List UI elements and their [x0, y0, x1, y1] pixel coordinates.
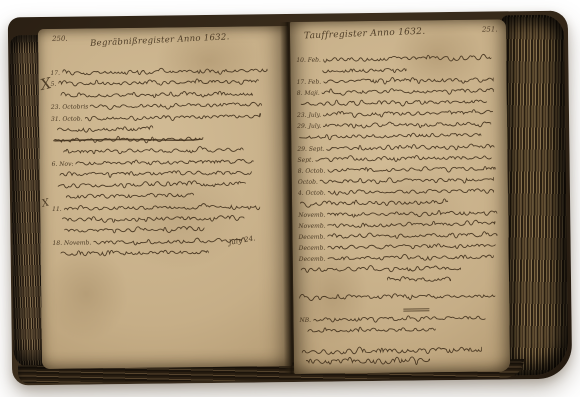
handwriting-line	[308, 323, 436, 337]
margin-date-label: 17. Feb.	[297, 78, 322, 85]
margin-date-label: 4. Octob.	[298, 189, 326, 196]
margin-date-label: 6. Nov:	[52, 160, 74, 167]
margin-date-label: 23. July.	[297, 111, 321, 118]
double-underline	[403, 307, 429, 311]
handwriting-stroke	[61, 246, 209, 260]
right-page-header: Tauffregister Anno 1632.	[304, 27, 426, 42]
strikethrough-stroke	[54, 138, 201, 141]
margin-date-label: Sept.	[297, 156, 313, 163]
handwriting-stroke	[308, 323, 436, 337]
margin-x-mark: X	[41, 198, 50, 209]
margin-date-label: Novemb.	[298, 222, 325, 229]
margin-date-label: 23. Octobris	[51, 103, 89, 110]
photo-of-open-register-book: 250. Begräbnißregister Anno 1632. 17.5.2…	[0, 0, 580, 397]
margin-date-label: 10. Feb.	[296, 56, 321, 63]
left-page: 250. Begräbnißregister Anno 1632. 17.5.2…	[38, 26, 292, 369]
margin-date-label: 29. Sept.	[297, 145, 324, 152]
margin-date-label: Octob.	[298, 178, 318, 185]
open-book: 250. Begräbnißregister Anno 1632. 17.5.2…	[8, 11, 572, 386]
handwriting-line	[387, 273, 451, 286]
margin-date-label: 11.	[52, 205, 62, 212]
margin-date-label: NB.	[299, 316, 311, 323]
handwriting-stroke	[306, 354, 430, 368]
margin-date-label: Decemb.	[299, 244, 326, 251]
left-page-handwriting: 17.5.23. Octobris31. Octob.6. Nov:11.18.…	[50, 44, 283, 287]
right-page: 251. Tauffregister Anno 1632. 10. Feb.17…	[290, 19, 510, 374]
right-page-number: 251.	[482, 25, 498, 33]
margin-date-label: 17.	[50, 69, 60, 76]
handwriting-line	[61, 246, 209, 260]
margin-date-label: 18. Novemb.	[52, 239, 91, 246]
margin-date-label: Decemb.	[299, 255, 326, 262]
margin-date-label: 8. Octob.	[298, 167, 326, 174]
margin-date-label: 8. Maji.	[297, 89, 320, 96]
margin-date-label: Novemb.	[298, 211, 325, 218]
handwriting-line	[306, 354, 430, 368]
margin-date-label: 29. July.	[297, 122, 321, 129]
margin-date-label: 31. Octob.	[51, 115, 83, 122]
margin-date-label: Decemb.	[298, 233, 325, 240]
handwriting-line	[299, 290, 495, 304]
right-page-edge-stack	[502, 15, 568, 376]
handwriting-stroke	[299, 290, 495, 304]
left-page-number: 250.	[52, 35, 68, 43]
right-page-handwriting: 10. Feb.17. Feb.8. Maji.23. July.29. Jul…	[296, 43, 506, 369]
handwriting-stroke	[387, 273, 451, 286]
